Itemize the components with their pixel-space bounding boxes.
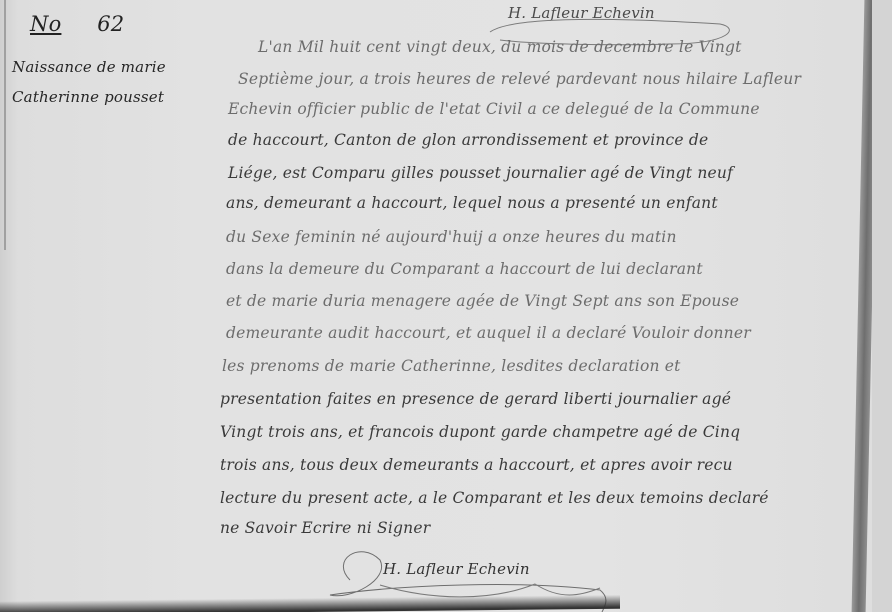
entry-number-label: No (30, 12, 61, 36)
entry-number: No 62 (30, 12, 124, 36)
margin-note-line-2: Catherinne pousset (12, 88, 164, 106)
body-line: presentation faites en presence de gerar… (220, 390, 731, 408)
body-line: trois ans, tous deux demeurants a haccou… (220, 456, 733, 474)
body-line: dans la demeure du Comparant a haccourt … (226, 260, 703, 278)
adjacent-page-edge (872, 0, 892, 612)
body-line: du Sexe feminin né aujourd'huij a onze h… (226, 228, 677, 246)
margin-note-line-1: Naissance de marie (12, 58, 166, 76)
body-line: et de marie duria menagere agée de Vingt… (226, 292, 739, 310)
scanned-register-page: No 62 Naissance de marie Catherinne pous… (0, 0, 892, 612)
margin-rule (4, 0, 6, 250)
body-line: Liége, est Comparu gilles pousset journa… (228, 164, 733, 182)
body-line: Septième jour, a trois heures de relevé … (238, 70, 801, 88)
body-line: Echevin officier public de l'etat Civil … (228, 100, 760, 118)
body-line: ne Savoir Ecrire ni Signer (220, 519, 430, 537)
page-bottom-shadow (0, 595, 620, 612)
body-line: Vingt trois ans, et francois dupont gard… (220, 423, 740, 441)
body-line: demeurante audit haccourt, et auquel il … (226, 324, 751, 342)
body-line: lecture du present acte, a le Comparant … (220, 489, 769, 507)
entry-number-value: 62 (97, 12, 124, 36)
body-line: les prenoms de marie Catherinne, lesdite… (222, 357, 681, 375)
body-line: L'an Mil huit cent vingt deux, du mois d… (258, 38, 742, 56)
body-line: ans, demeurant a haccourt, lequel nous a… (226, 194, 718, 212)
body-line: de haccourt, Canton de glon arrondisseme… (228, 131, 708, 149)
